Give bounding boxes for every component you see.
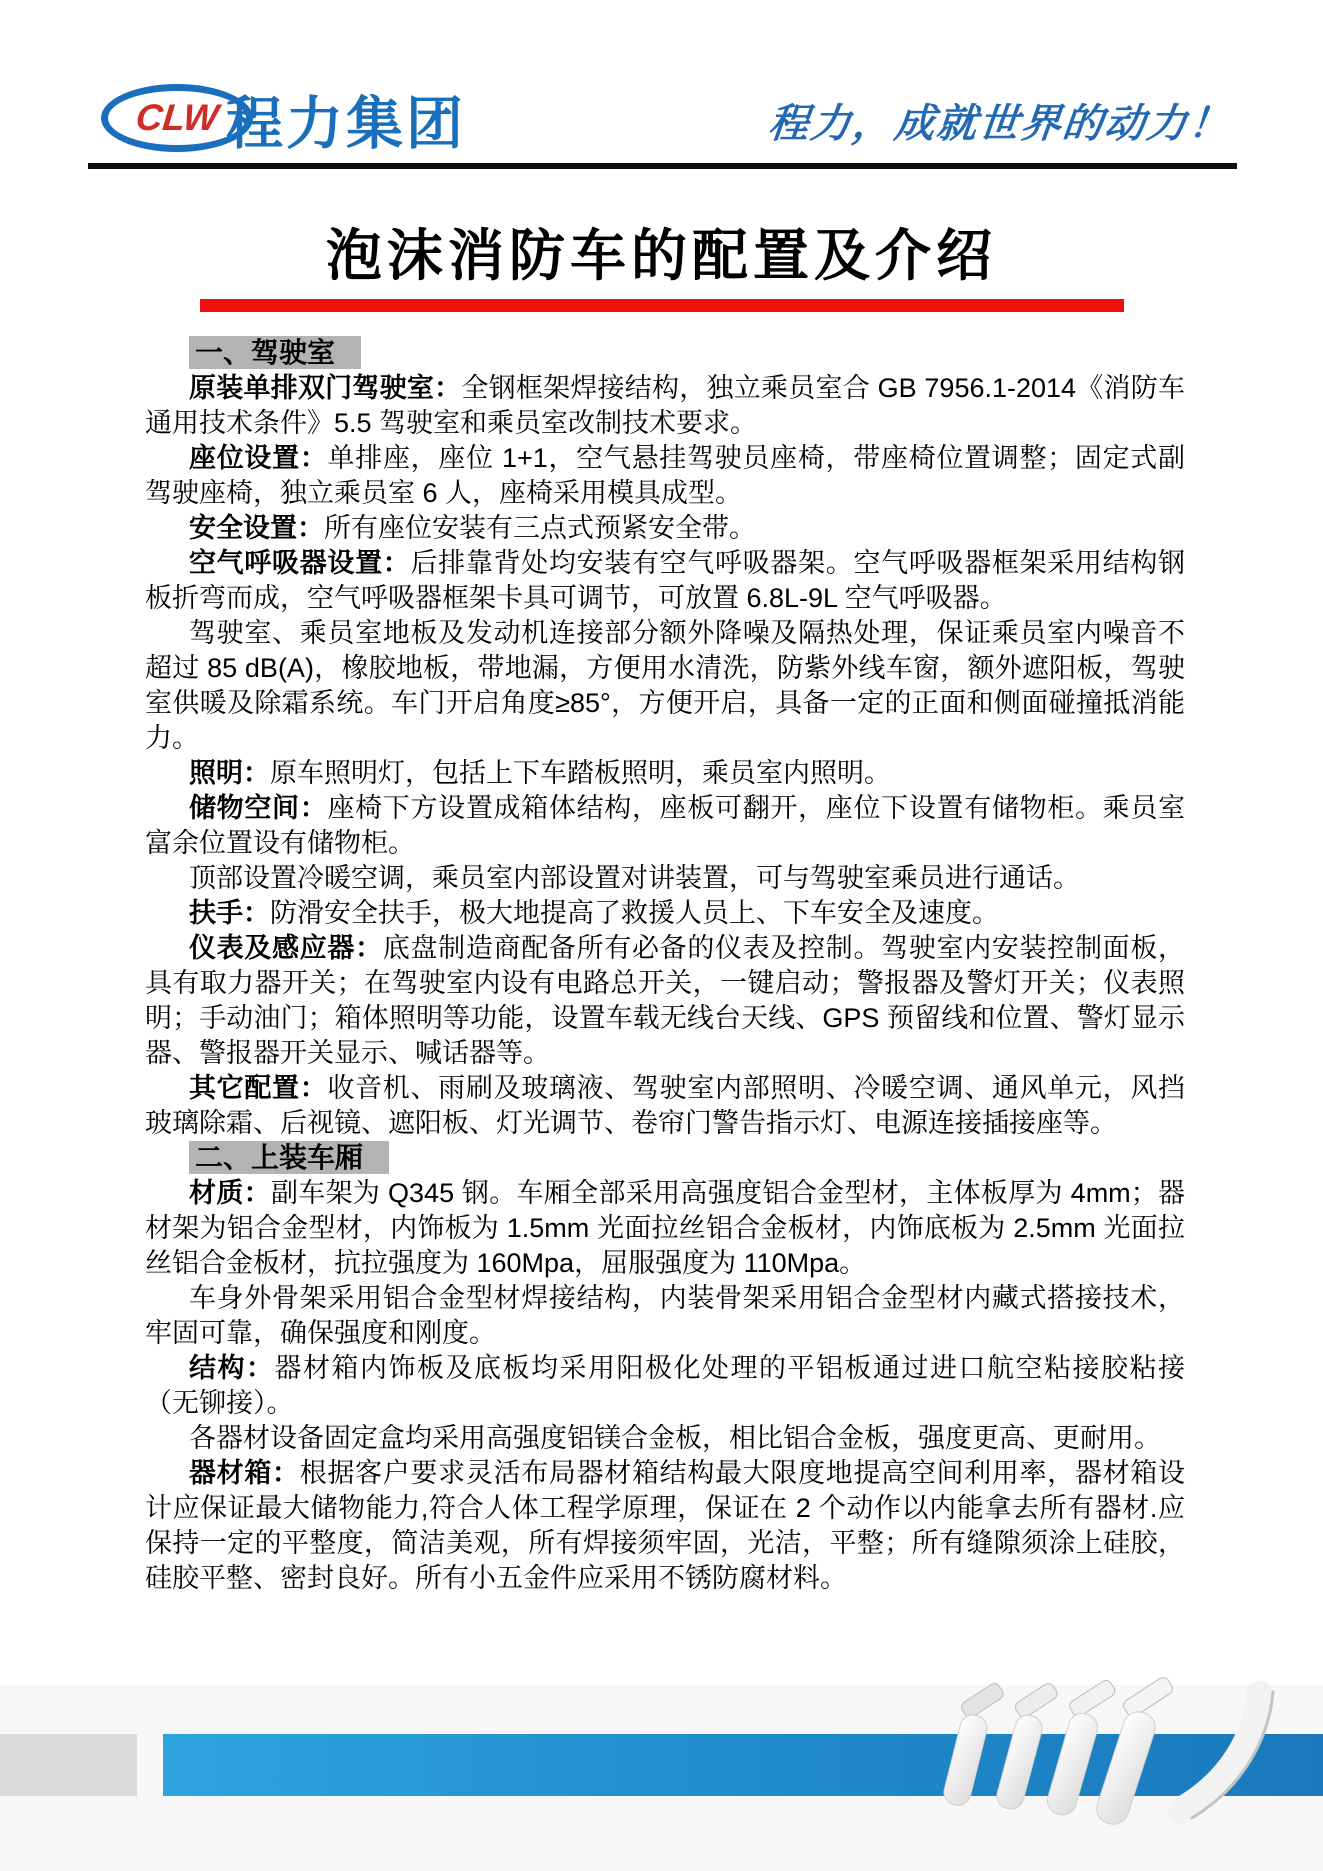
paragraph-text: 根据客户要求灵活布局器材箱结构最大限度地提高空间利用率，器材箱设计应保证最大储物… — [145, 1458, 1185, 1593]
company-name: 程力集团 — [226, 78, 466, 160]
paragraph: 器材箱：根据客户要求灵活布局器材箱结构最大限度地提高空间利用率，器材箱设计应保证… — [145, 1456, 1185, 1596]
paragraph: 顶部设置冷暖空调，乘员室内部设置对讲装置，可与驾驶室乘员进行通话。 — [145, 861, 1185, 896]
document-body: 一、驾驶室原装单排双门驾驶室：全钢框架焊接结构，独立乘员室合 GB 7956.1… — [145, 336, 1185, 1596]
paragraph-label: 器材箱： — [189, 1458, 300, 1488]
document-page: CLW 程力集团 程力，成就世界的动力！ 泡沫消防车的配置及介绍 一、驾驶室原装… — [0, 0, 1323, 1871]
paragraph-label: 仪表及感应器： — [189, 933, 383, 963]
paragraph-text: 车身外骨架采用铝合金型材焊接结构，内装骨架采用铝合金型材内藏式搭接技术，牢固可靠… — [145, 1283, 1185, 1348]
paragraph-text: 原车照明灯，包括上下车踏板照明，乘员室内照明。 — [270, 758, 891, 788]
paragraph-text: 顶部设置冷暖空调，乘员室内部设置对讲装置，可与驾驶室乘员进行通话。 — [189, 863, 1080, 893]
paragraph-text: 所有座位安装有三点式预紧安全带。 — [324, 513, 756, 543]
title-underline — [200, 299, 1124, 312]
paragraph-label: 材质： — [189, 1178, 271, 1208]
section-heading-row: 二、上装车厢 — [145, 1141, 1185, 1176]
paragraph-text: 器材箱内饰板及底板均采用阳极化处理的平铝板通过进口航空粘接胶粘接（无铆接）。 — [145, 1353, 1185, 1418]
paragraph: 仪表及感应器：底盘制造商配备所有必备的仪表及控制。驾驶室内安装控制面板，具有取力… — [145, 931, 1185, 1071]
paragraph-label: 照明： — [189, 758, 270, 788]
paragraph: 其它配置：收音机、雨刷及玻璃液、驾驶室内部照明、冷暖空调、通风单元，风挡玻璃除霜… — [145, 1071, 1185, 1141]
paragraph: 座位设置：单排座，座位 1+1，空气悬挂驾驶员座椅，带座椅位置调整；固定式副驾驶… — [145, 441, 1185, 511]
paragraph: 安全设置：所有座位安装有三点式预紧安全带。 — [145, 511, 1185, 546]
paragraph-label: 原装单排双门驾驶室： — [189, 373, 461, 403]
paragraph-label: 储物空间： — [189, 793, 327, 823]
paragraph-label: 空气呼吸器设置： — [189, 548, 411, 578]
paragraph: 空气呼吸器设置：后排靠背处均安装有空气呼吸器架。空气呼吸器框架采用结构钢板折弯而… — [145, 546, 1185, 616]
logo-badge-text: CLW — [134, 97, 221, 139]
paragraph-label: 座位设置： — [189, 443, 328, 473]
paragraph-label: 安全设置： — [189, 513, 324, 543]
paragraph: 结构：器材箱内饰板及底板均采用阳极化处理的平铝板通过进口航空粘接胶粘接（无铆接）… — [145, 1351, 1185, 1421]
paragraph: 原装单排双门驾驶室：全钢框架焊接结构，独立乘员室合 GB 7956.1-2014… — [145, 371, 1185, 441]
paragraph-label: 其它配置： — [189, 1073, 327, 1103]
footer-gray-block — [0, 1734, 137, 1796]
page-title: 泡沫消防车的配置及介绍 — [0, 212, 1323, 292]
paragraph-text: 驾驶室、乘员室地板及发动机连接部分额外降噪及隔热处理，保证乘员室内噪音不超过 8… — [145, 618, 1185, 753]
company-slogan: 程力，成就世界的动力！ — [766, 92, 1234, 149]
section-heading-1: 一、驾驶室 — [189, 336, 361, 369]
paragraph-text: 副车架为 Q345 钢。车厢全部采用高强度铝合金型材，主体板厚为 4mm；器材架… — [145, 1178, 1185, 1278]
paragraph: 各器材设备固定盒均采用高强度铝镁合金板，相比铝合金板，强度更高、更耐用。 — [145, 1421, 1185, 1456]
paragraph: 照明：原车照明灯，包括上下车踏板照明，乘员室内照明。 — [145, 756, 1185, 791]
paragraph-label: 扶手： — [189, 898, 270, 928]
section-heading-2: 二、上装车厢 — [189, 1141, 389, 1174]
paragraph-label: 结构： — [189, 1353, 275, 1383]
paragraph: 材质：副车架为 Q345 钢。车厢全部采用高强度铝合金型材，主体板厚为 4mm；… — [145, 1176, 1185, 1281]
header-divider — [88, 163, 1237, 169]
paragraph: 车身外骨架采用铝合金型材焊接结构，内装骨架采用铝合金型材内藏式搭接技术，牢固可靠… — [145, 1281, 1185, 1351]
paragraph: 扶手：防滑安全扶手，极大地提高了救援人员上、下车安全及速度。 — [145, 896, 1185, 931]
paragraph: 驾驶室、乘员室地板及发动机连接部分额外降噪及隔热处理，保证乘员室内噪音不超过 8… — [145, 616, 1185, 756]
paragraph-text: 各器材设备固定盒均采用高强度铝镁合金板，相比铝合金板，强度更高、更耐用。 — [189, 1423, 1161, 1453]
claw-marks-decoration-icon — [942, 1686, 1282, 1826]
paragraph: 储物空间：座椅下方设置成箱体结构，座板可翻开，座位下设置有储物柜。乘员室富余位置… — [145, 791, 1185, 861]
section-heading-row: 一、驾驶室 — [145, 336, 1185, 371]
paragraph-text: 防滑安全扶手，极大地提高了救援人员上、下车安全及速度。 — [270, 898, 999, 928]
